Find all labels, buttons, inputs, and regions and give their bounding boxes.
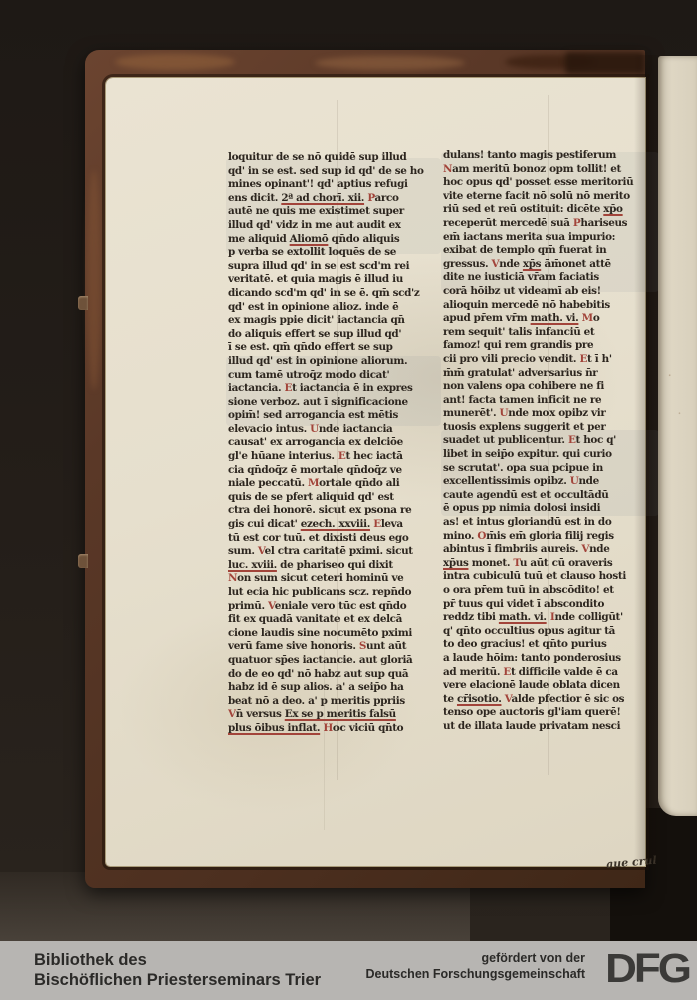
manuscript-line: fit ex quadā vanitate et ex delcā: [228, 613, 440, 627]
manuscript-line: Vn̄ versus Ex se p meritis falsū: [228, 708, 440, 722]
manuscript-line: suadet ut publicentur. Et hoc q': [443, 434, 658, 448]
text-segment: monet.: [468, 557, 513, 569]
manuscript-line: to deo gracius! et qn̄to purius: [443, 638, 658, 652]
manuscript-line: habz id ē sup alios. a' a seip̄o ha: [228, 681, 440, 695]
rubricated-citation: plus ōibus inflat.: [228, 722, 320, 734]
manuscript-line: beat nō a deo. a' p meritis ppriis: [228, 695, 440, 709]
text-segment: quatuor sp̄es iactancie. aut gloriā: [228, 654, 412, 666]
manuscript-line: rem sequit' talis infanciū et: [443, 326, 658, 340]
text-segment: n̄ versus: [236, 708, 285, 720]
manuscript-line: niale peccatū. Mortale qn̄do ali: [228, 477, 440, 491]
rubricated-citation: xp̄us: [443, 557, 468, 569]
text-segment: te: [443, 693, 457, 705]
rubricated-initial: U: [310, 423, 319, 435]
manuscript-line: loquitur de se nō quidē sup illud: [228, 151, 440, 165]
text-segment: illud qd' vidz in me aut audit ex: [228, 219, 401, 231]
text-segment: am meritū bonoz opm tollit! et: [452, 163, 621, 175]
manuscript-line: ut de illata laude privatam nesci: [443, 720, 658, 734]
rubricated-citation: ezech. xxviii.: [301, 518, 370, 530]
manuscript-line: cione laudis sine nocumēto pximi: [228, 627, 440, 641]
text-segment: ut de illata laude privatam nesci: [443, 720, 620, 732]
text-segment: causat' ex arrogancia ex delciōe: [228, 436, 403, 448]
text-segment: ctra dei honorē. sicut ex psona re: [228, 504, 411, 516]
manuscript-line: cii pro vili precio vendit. Et ī h': [443, 353, 658, 367]
text-segment: mino.: [443, 530, 477, 542]
text-segment: nde mox opibz vir: [508, 407, 605, 419]
manuscript-line: alioquin mercedē nō habebitis: [443, 299, 658, 313]
manuscript-text-column-right: dulans! tanto magis pestiferumNam meritū…: [443, 149, 658, 739]
text-segment: arco: [375, 192, 399, 204]
text-segment: ex magis ppie dicit' iactancia qn̄: [228, 314, 405, 326]
text-segment: do aliquis effert se sup illud qd': [228, 328, 401, 340]
text-segment: nde: [499, 258, 523, 270]
text-segment: t hoc q': [576, 434, 617, 446]
manuscript-line: excellentissimis opibz. Unde: [443, 475, 658, 489]
library-name-line2: Bischöflichen Priesterseminars Trier: [34, 970, 321, 990]
manuscript-line: dicando scd'm qd' in se ē. qm̄ scd'z: [228, 287, 440, 301]
manuscript-line: em̄ iactans merita sua impurio:: [443, 231, 658, 245]
manuscript-line: vere elacionē laude oblata dicen: [443, 679, 658, 693]
manuscript-line: abintus ī fimbriis aureis. Vnde: [443, 543, 658, 557]
text-segment: elevacio intus.: [228, 423, 310, 435]
text-segment: gl'e hūane interius.: [228, 450, 338, 462]
manuscript-line: ex magis ppie dicit' iactancia qn̄: [228, 314, 440, 328]
leather-wear-patch: [565, 52, 645, 74]
text-segment: me aliquid: [228, 233, 290, 245]
text-segment: riū sed et reū ostituit: dicēte: [443, 203, 603, 215]
manuscript-photograph: loquitur de se nō quidē sup illudqd' in …: [0, 0, 697, 941]
manuscript-line: quatuor sp̄es iactancie. aut gloriā: [228, 654, 440, 668]
manuscript-line: plus ōibus inflat. Hoc viciū qn̄to: [228, 722, 440, 736]
text-segment: dulans! tanto magis pestiferum: [443, 149, 616, 161]
rubricated-citation: Aliomō: [290, 233, 329, 245]
manuscript-line: illud qd' est in opinione aliorum.: [228, 355, 440, 369]
rubricated-citation: 2ª ad chorī. xii.: [281, 192, 364, 204]
manuscript-line: m̄m̄ gratulat' adversarius n̄r: [443, 367, 658, 381]
manuscript-line: elevacio intus. Unde iactancia: [228, 423, 440, 437]
manuscript-line: qd' est in opinione alioz. inde ē: [228, 301, 440, 315]
text-segment: cii pro vili precio vendit.: [443, 353, 579, 365]
text-segment: dite ne iusticiā vr̄am faciatis: [443, 271, 599, 283]
text-segment: vite eterne facit nō solū nō merito: [443, 190, 630, 202]
text-segment: o: [593, 312, 600, 324]
text-segment: excellentissimis opibz.: [443, 475, 570, 487]
rubricated-initial: E: [579, 353, 587, 365]
text-segment: a laude hōim: tanto ponderosius: [443, 652, 621, 664]
text-segment: cione laudis sine nocumēto pximi: [228, 627, 412, 639]
manuscript-line: caute agendū est et occultādū: [443, 489, 658, 503]
manuscript-line: Nam meritū bonoz opm tollit! et: [443, 163, 658, 177]
library-name-line1: Bibliothek des: [34, 950, 321, 970]
text-segment: cia qn̄doq̄z ē mortale qn̄doq̄z ve: [228, 464, 402, 476]
text-segment: sione verboz. aut ī significacione: [228, 396, 408, 408]
rubricated-initial: E: [503, 666, 511, 678]
text-segment: receperūt mercedē suā: [443, 217, 573, 229]
text-segment: exibat de templo qm̄ fuerat in: [443, 244, 606, 256]
text-segment: vere elacionē laude oblata dicen: [443, 679, 620, 691]
manuscript-line: corā hōibz ut videamī ab eis!: [443, 285, 658, 299]
text-segment: t iactancia ē in expres: [292, 382, 412, 394]
text-segment: lut ecia hic publicans scz. repn̄do: [228, 586, 411, 598]
clasp-fitting: [78, 554, 88, 568]
manuscript-line: o ora pr̄em tuū in abscōdito! et: [443, 584, 658, 598]
manuscript-line: quis de se pfert aliquid qd' est: [228, 491, 440, 505]
manuscript-line: pr̄ tuus qui videt ī abscondito: [443, 598, 658, 612]
rubricated-initial: V: [258, 545, 265, 557]
manuscript-line: non valens opa cohibere ne fi: [443, 380, 658, 394]
manuscript-line: illud qd' vidz in me aut audit ex: [228, 219, 440, 233]
manuscript-line: se scrutat'. opa sua pcipue in: [443, 462, 658, 476]
text-segment: eniale vero tūc est qn̄do: [275, 600, 406, 612]
text-segment: intra cubiculū tuū et clauso hosti: [443, 570, 626, 582]
text-segment: suadet ut publicentur.: [443, 434, 568, 446]
manuscript-line: do de eo qd' nō habz aut sup quā: [228, 668, 440, 682]
text-segment: autē ne quis me existimet super: [228, 205, 404, 217]
text-segment: quis de se pfert aliquid qd' est: [228, 491, 394, 503]
manuscript-line: riū sed et reū ostituit: dicēte xp̄o: [443, 203, 658, 217]
manuscript-line: libet in seip̄o expitur. qui curio: [443, 448, 658, 462]
text-segment: ens dicit.: [228, 192, 281, 204]
text-segment: m̄is em̄ gloria filij regis: [486, 530, 614, 542]
manuscript-line: cia qn̄doq̄z ē mortale qn̄doq̄z ve: [228, 464, 440, 478]
manuscript-line: ant! facta tamen inficit ne re: [443, 394, 658, 408]
text-segment: habz id ē sup alios. a' a seip̄o ha: [228, 681, 404, 693]
manuscript-line: dulans! tanto magis pestiferum: [443, 149, 658, 163]
manuscript-line: a laude hōim: tanto ponderosius: [443, 652, 658, 666]
text-segment: do de eo qd' nō habz aut sup quā: [228, 668, 408, 680]
manuscript-line: mino. Om̄is em̄ gloria filij regis: [443, 530, 658, 544]
text-segment: mines opinant'! qd' aptius refugi: [228, 178, 408, 190]
rubricated-initial: E: [285, 382, 293, 394]
facing-page-edge: [658, 56, 697, 816]
manuscript-line: me aliquid Aliomō qn̄do aliquis: [228, 233, 440, 247]
rubricated-initial: N: [443, 163, 452, 175]
digitization-banner: Bibliothek des Bischöflichen Priestersem…: [0, 941, 697, 1000]
manuscript-line: sione verboz. aut ī significacione: [228, 396, 440, 410]
text-segment: ām̄onet attē: [541, 258, 611, 270]
manuscript-line: tenso ope auctoris gl'iam querē!: [443, 706, 658, 720]
rubricated-initial: V: [501, 693, 511, 705]
text-segment: corā hōibz ut videamī ab eis!: [443, 285, 601, 297]
text-segment: t ī h': [587, 353, 612, 365]
text-segment: non valens opa cohibere ne fi: [443, 380, 604, 392]
text-segment: u aūt cū oraveris: [520, 557, 612, 569]
manuscript-line: causat' ex arrogancia ex delciōe: [228, 436, 440, 450]
text-segment: q' qn̄to occultius opus agitur tā: [443, 625, 615, 637]
manuscript-line: verū fame sive honoris. Sunt aūt: [228, 640, 440, 654]
manuscript-line: ad meritū. Et difficile valde ē ca: [443, 666, 658, 680]
manuscript-line: intra cubiculū tuū et clauso hosti: [443, 570, 658, 584]
text-segment: famoz! qui rem grandis pre: [443, 339, 593, 351]
manuscript-line: ens dicit. 2ª ad chorī. xii. Parco: [228, 192, 440, 206]
manuscript-line: sum. Vel ctra caritatē pximi. sicut: [228, 545, 440, 559]
manuscript-line: veritatē. et quia magis ē illud iu: [228, 273, 440, 287]
text-segment: rem sequit' talis infanciū et: [443, 326, 594, 338]
text-segment: em̄ iactans merita sua impurio:: [443, 231, 615, 243]
text-segment: sum.: [228, 545, 258, 557]
manuscript-line: gressus. Vnde xp̄s ām̄onet attē: [443, 258, 658, 272]
manuscript-line: exibat de templo qm̄ fuerat in: [443, 244, 658, 258]
text-segment: tuosis explens suggerit et per: [443, 421, 605, 433]
text-segment: ortale qn̄do ali: [319, 477, 399, 489]
text-segment: leva: [381, 518, 403, 530]
clasp-fitting: [78, 296, 88, 310]
text-segment: abintus ī fimbriis aureis.: [443, 543, 581, 555]
text-segment: ad meritū.: [443, 666, 503, 678]
rubricated-initial: M: [308, 477, 319, 489]
text-segment: primū.: [228, 600, 268, 612]
text-segment: iactancia.: [228, 382, 285, 394]
rubricated-initial: E: [370, 518, 381, 530]
manuscript-line: cum tamē utroq̄z modo dicat': [228, 369, 440, 383]
rubricated-citation: math. vi.: [531, 312, 579, 324]
manuscript-line: munerēt'. Unde mox opibz vir: [443, 407, 658, 421]
text-segment: cum tamē utroq̄z modo dicat': [228, 369, 389, 381]
text-segment: tū est cor tuū. et dixisti deus ego: [228, 532, 408, 544]
manuscript-line: reddz tibi math. vi. Inde colligūt': [443, 611, 658, 625]
rubricated-initial: H: [320, 722, 333, 734]
text-segment: loquitur de se nō quidē sup illud: [228, 151, 406, 163]
text-segment: opim̄! sed arrogancia est mētis: [228, 409, 398, 421]
text-segment: o ora pr̄em tuū in abscōdito! et: [443, 584, 614, 596]
rubricated-initial: U: [500, 407, 509, 419]
text-segment: el ctra caritatē pximi. sicut: [265, 545, 413, 557]
text-segment: pr̄ tuus qui videt ī abscondito: [443, 598, 604, 610]
text-segment: alde pfectior ē sic os: [512, 693, 625, 705]
manuscript-line: Non sum sicut ceteri hominū ve: [228, 572, 440, 586]
text-segment: p verba se extollit loquēs de se: [228, 246, 396, 258]
manuscript-line: apud pr̄em vr̄m math. vi. Mo: [443, 312, 658, 326]
manuscript-line: luc. xviii. de phariseo qui dixit: [228, 559, 440, 573]
text-segment: supra illud qd' in se est scd'm rei: [228, 260, 409, 272]
text-segment: nde iactancia: [319, 423, 393, 435]
rubricated-citation: xp̄s: [523, 258, 541, 270]
rubricated-initial: E: [568, 434, 576, 446]
manuscript-line: qd' in se est. sed sup id qd' de se ho: [228, 165, 440, 179]
leather-wear-patch: [315, 56, 465, 70]
funding-credit-line2: Deutschen Forschungsgemeinschaft: [366, 966, 586, 982]
text-segment: nde colligūt': [554, 611, 622, 623]
text-segment: qd' in se est. sed sup id qd' de se ho: [228, 165, 424, 177]
dfg-logo: DFG: [605, 946, 689, 992]
text-segment: gressus.: [443, 258, 492, 270]
manuscript-line: primū. Veniale vero tūc est qn̄do: [228, 600, 440, 614]
text-segment: niale peccatū.: [228, 477, 308, 489]
text-segment: hariseus: [580, 217, 627, 229]
manuscript-line: gl'e hūane interius. Et hec iactā: [228, 450, 440, 464]
text-segment: ant! facta tamen inficit ne re: [443, 394, 601, 406]
manuscript-line: do aliquis effert se sup illud qd': [228, 328, 440, 342]
text-segment: tenso ope auctoris gl'iam querē!: [443, 706, 621, 718]
text-segment: libet in seip̄o expitur. qui curio: [443, 448, 612, 460]
leather-wear-patch: [115, 54, 235, 70]
rubricated-citation: Ex se p meritis falsū: [285, 708, 396, 720]
manuscript-text-column-left: loquitur de se nō quidē sup illudqd' in …: [228, 151, 440, 741]
text-segment: illud qd' est in opinione aliorum.: [228, 355, 407, 367]
rubricated-initial: S: [359, 640, 366, 652]
text-segment: alioquin mercedē nō habebitis: [443, 299, 610, 311]
text-segment: ē opus pp nimia dolosi insidi: [443, 502, 600, 514]
text-segment: munerēt'.: [443, 407, 500, 419]
library-name: Bibliothek des Bischöflichen Priestersem…: [34, 950, 321, 990]
text-segment: ī se est. qm̄ qn̄do effert se sup: [228, 341, 393, 353]
rubricated-citation: luc. xviii.: [228, 559, 277, 571]
text-segment: dicando scd'm qd' in se ē. qm̄ scd'z: [228, 287, 419, 299]
text-segment: de phariseo qui dixit: [277, 559, 393, 571]
book-gutter-shadow: [634, 55, 660, 860]
manuscript-line: famoz! qui rem grandis pre: [443, 339, 658, 353]
text-segment: qd' est in opinione alioz. inde ē: [228, 301, 398, 313]
rubricated-initial: N: [228, 572, 237, 584]
text-segment: gis cui dicat': [228, 518, 301, 530]
rubricated-citation: cr̄isotio.: [457, 693, 502, 705]
manuscript-line: p verba se extollit loquēs de se: [228, 246, 440, 260]
text-segment: m̄m̄ gratulat' adversarius n̄r: [443, 367, 597, 379]
text-segment: beat nō a deo. a' p meritis ppriis: [228, 695, 405, 707]
leather-wear-patch: [87, 170, 101, 390]
text-segment: as! et intus gloriandū est in do: [443, 516, 611, 528]
rubricated-initial: O: [477, 530, 486, 542]
manuscript-line: ī se est. qm̄ qn̄do effert se sup: [228, 341, 440, 355]
rubricated-initial: P: [364, 192, 374, 204]
manuscript-line: lut ecia hic publicans scz. repn̄do: [228, 586, 440, 600]
text-segment: qn̄do aliquis: [328, 233, 399, 245]
rubricated-initial: V: [268, 600, 275, 612]
manuscript-line: ctra dei honorē. sicut ex psona re: [228, 504, 440, 518]
manuscript-line: supra illud qd' in se est scd'm rei: [228, 260, 440, 274]
manuscript-line: as! et intus gloriandū est in do: [443, 516, 658, 530]
text-segment: se scrutat'. opa sua pcipue in: [443, 462, 603, 474]
manuscript-line: xp̄us monet. Tu aūt cū oraveris: [443, 557, 658, 571]
rubricated-initial: V: [228, 708, 236, 720]
text-segment: t difficile valde ē ca: [511, 666, 618, 678]
manuscript-line: iactancia. Et iactancia ē in expres: [228, 382, 440, 396]
text-segment: t hec iactā: [345, 450, 402, 462]
text-segment: reddz tibi: [443, 611, 499, 623]
manuscript-line: te cr̄isotio. Valde pfectior ē sic os: [443, 693, 658, 707]
manuscript-line: mines opinant'! qd' aptius refugi: [228, 178, 440, 192]
manuscript-line: opim̄! sed arrogancia est mētis: [228, 409, 440, 423]
text-segment: nde: [578, 475, 598, 487]
manuscript-line: hoc opus qd' posset esse meritoriū: [443, 176, 658, 190]
text-segment: caute agendū est et occultādū: [443, 489, 608, 501]
rubricated-citation: xp̄o: [603, 203, 622, 215]
text-segment: nde: [589, 543, 609, 555]
text-segment: apud pr̄em vr̄m: [443, 312, 531, 324]
text-segment: oc viciū qn̄to: [333, 722, 403, 734]
rubricated-initial: M: [578, 312, 592, 324]
text-segment: hoc opus qd' posset esse meritoriū: [443, 176, 633, 188]
text-segment: fit ex quadā vanitate et ex delcā: [228, 613, 402, 625]
manuscript-line: ē opus pp nimia dolosi insidi: [443, 502, 658, 516]
rubricated-initial: V: [581, 543, 589, 555]
manuscript-line: q' qn̄to occultius opus agitur tā: [443, 625, 658, 639]
manuscript-line: tuosis explens suggerit et per: [443, 421, 658, 435]
manuscript-line: tū est cor tuū. et dixisti deus ego: [228, 532, 440, 546]
funding-credit: gefördert von der Deutschen Forschungsge…: [366, 950, 586, 982]
rubricated-citation: math. vi.: [499, 611, 547, 623]
manuscript-line: autē ne quis me existimet super: [228, 205, 440, 219]
manuscript-line: receperūt mercedē suā Phariseus: [443, 217, 658, 231]
text-segment: verū fame sive honoris.: [228, 640, 359, 652]
text-segment: veritatē. et quia magis ē illud iu: [228, 273, 403, 285]
manuscript-line: gis cui dicat' ezech. xxviii. Eleva: [228, 518, 440, 532]
text-segment: on sum sicut ceteri hominū ve: [237, 572, 403, 584]
text-segment: unt aūt: [366, 640, 406, 652]
manuscript-line: dite ne iusticiā vr̄am faciatis: [443, 271, 658, 285]
manuscript-line: vite eterne facit nō solū nō merito: [443, 190, 658, 204]
text-segment: to deo gracius! et qn̄to purius: [443, 638, 606, 650]
funding-credit-line1: gefördert von der: [366, 950, 586, 966]
